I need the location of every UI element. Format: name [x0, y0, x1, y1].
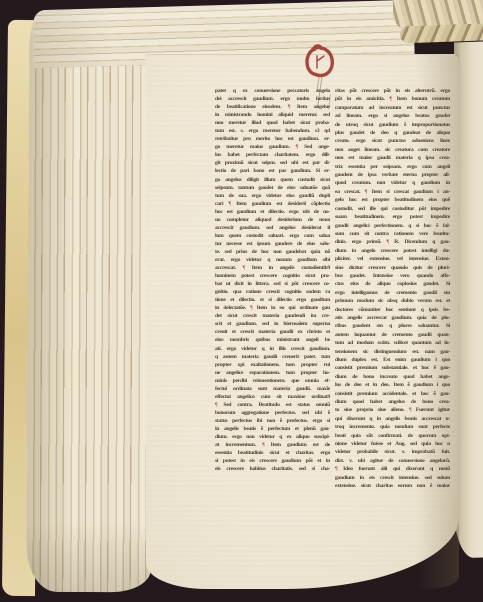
text-segment: seipsum. tantum gaudet de eius saluatōe …: [215, 185, 330, 191]
text-segment: creato. ergo sicut punctus adueniens lin…: [335, 138, 450, 144]
text-segment: suam beatitudinem. ergo potest impedire: [335, 214, 450, 220]
text-line: bus gaudet. Intensiue vero quando affe-: [335, 272, 450, 280]
text-segment: to siue proprio siue alieno.: [335, 407, 409, 413]
text-segment: gelo hoc est propter beatitudinem eius q…: [335, 197, 450, 203]
text-line: to siue proprio siue alieno. ¶ Fuerunt i…: [335, 406, 450, 414]
text-line: nione videtur fuisse et Aug. sed quia ho…: [335, 440, 450, 448]
text-line: erat. ergo videtur q nouum gaudium sibi: [215, 256, 330, 264]
text-segment: ergo intelligamus de cremento gaudii sm: [335, 290, 450, 296]
text-line: non auget lineam. sic creatura cum creat…: [335, 146, 450, 154]
text-segment: pliciter. vel extensiue. vel intensiue. …: [335, 256, 450, 262]
text-segment: de utroq sicut gaudium ē improportionatu…: [335, 122, 450, 128]
text-line: tum est. s. ergo meretur habendum. s3 qd: [215, 127, 330, 135]
text-segment: extensiue. sicut charitas eorum non ē ma…: [335, 483, 450, 489]
text-segment: at incrementum.: [215, 442, 262, 448]
text-segment: uo completur aliquod desiderium de nouo: [215, 217, 330, 223]
text-segment: gaudium in eis crescit intensiue. sed so…: [335, 475, 450, 481]
text-segment: sum cum sit contra rationem vere beatitu…: [335, 231, 450, 237]
text-line: gelo hoc est propter beatitudinem eius q…: [335, 196, 450, 204]
text-line: dist. v. ubi agitur de conuersione angel…: [335, 457, 450, 465]
text-line: sum cum sit contra rationem vere beatitu…: [335, 230, 450, 238]
text-line: gaudii angelici perfectionem. q si hoc ē…: [335, 222, 450, 230]
text-segment: in delectatōe.: [215, 305, 250, 311]
text-segment: qui dixerunt q in angelis beatis accresc…: [335, 416, 450, 422]
text-line: ctus eius de aliquo copiosius gaudet. Si: [335, 280, 450, 288]
pilcrow-mark: ¶: [389, 96, 391, 102]
text-line: q autem materia gaudii creuerit patet. t…: [215, 353, 330, 361]
text-segment: doctores cōmuniter hoc sentiunt q ipsis …: [335, 307, 450, 313]
text-line: tur necesse est ipsum gaudere de eius sa…: [215, 240, 330, 248]
text-line: dium. ergo non videtur q ex aliquo susci…: [215, 433, 330, 441]
pilcrow-mark: ¶: [387, 239, 389, 245]
text-line: in delectatōe. ¶ Item in eo qui ordinate…: [215, 304, 330, 312]
text-segment: Item angelus: [290, 104, 330, 110]
text-segment: ctus eius de aliquo copiosius gaudet. Si: [335, 281, 450, 287]
text-segment: lus de deo et in deo. Item ē gaudium i q…: [335, 382, 450, 388]
text-line: fectui ordinata sunt materia gaudii. max…: [215, 385, 330, 393]
text-column-right: ritas pōt crescere pōt in eis alterutrū.…: [335, 87, 450, 491]
text-line: ea crescat. ¶ Item si crescat gaudium i …: [335, 188, 450, 196]
text-segment: eis crescere habitus charitatis. sed si …: [215, 466, 330, 472]
text-line: lum quem custodit saluari. ergo cum salu…: [215, 232, 330, 240]
text-line: pōt in eis amicitia. ¶ Item bonum creatu…: [335, 95, 450, 103]
text-segment: in angelis beatis ē perfectum et plenū g…: [215, 426, 330, 432]
text-line: ad lineam. ergo si angelus beatus gaudet: [335, 112, 450, 120]
pilcrow-mark: ¶: [243, 265, 245, 271]
text-segment: lum quem custodit saluari. ergo cum salu…: [215, 233, 330, 239]
text-segment: lus habet perfectam charitatem. ergo dil…: [215, 152, 330, 158]
text-line: dium in angelo crescere potest intelligi…: [335, 247, 450, 255]
text-segment: tum de sua. ergo videtur eius gaudiū dup…: [215, 193, 330, 199]
text-line: dei accrescit gaudium. ergo multo fortiu…: [215, 95, 330, 103]
pilcrow-mark: ¶: [296, 144, 298, 150]
pilcrow-mark: ¶: [409, 407, 411, 413]
text-line: ne angelice reparationem. tum propter ho…: [215, 369, 330, 377]
text-line: hominem potest crescere cognitio sicut p…: [215, 272, 330, 280]
text-segment: dium duplex est. Est enim gaudium i quo: [335, 357, 450, 363]
pilcrow-mark: ¶: [215, 402, 217, 408]
text-segment: Item gaudium est desiderii cōplectio: [231, 201, 330, 207]
text-segment: Item gaudium est de: [264, 442, 330, 448]
text-line: de beatificatione eiusdem. ¶ Item angelu…: [215, 103, 330, 111]
text-line: go meretur maius gaudium. ¶ Sed ange-: [215, 143, 330, 151]
text-segment: det sicut crescit materia gaudendi ita c…: [215, 313, 330, 319]
text-segment: status perfectus ibi non ē profectus. er…: [215, 418, 330, 424]
text-line: non meretur illud quod habet sicut proba…: [215, 119, 330, 127]
text-line: scit et gaudium. sed in hierusalem super…: [215, 320, 330, 328]
text-segment: tione et dilectio. et si dilectio ergo g…: [215, 297, 330, 303]
text-line: go angelus diligit illum quem custodit s…: [215, 176, 330, 184]
text-segment: dium de bono increato quod habet ange-: [335, 374, 450, 380]
text-segment: go meretur maius gaudium.: [215, 144, 296, 150]
text-segment: Ideo fuerunt alii qui dixerunt q nouū: [337, 466, 450, 472]
text-segment: custodit. sed ille qui custoditur pōt im…: [335, 206, 450, 212]
text-line: eis crescere habitus charitatis. sed si …: [215, 465, 330, 473]
text-line: extensiue. sicut charitas eorum non ē ma…: [335, 482, 450, 490]
text-line: minis perditi reinuentionem. que omnia e…: [215, 377, 330, 385]
text-segment: erat. ergo videtur q nouum gaudium sibi: [215, 257, 330, 263]
text-line: doctores cōmuniter hoc sentiunt q ipsis …: [335, 306, 450, 314]
text-segment: dist. v. ubi agitur de conuersione angel…: [335, 458, 450, 464]
text-line: tum de sua. ergo videtur eius gaudiū dup…: [215, 192, 330, 200]
text-line: creato. ergo sicut punctus adueniens lin…: [335, 137, 450, 145]
text-segment: dium quod habet angelus de bono crea-: [335, 399, 450, 405]
book-page: patet q ex conuersione peccatoris angelo…: [146, 54, 459, 589]
pilcrow-mark: ¶: [365, 189, 367, 195]
text-segment: q autem materia gaudii creuerit patet. t…: [215, 354, 330, 360]
text-segment: tur necesse est ipsum gaudere de eius sa…: [215, 241, 330, 247]
text-segment: ad lineam. ergo si angelus beatus gaudet: [335, 113, 450, 119]
text-line: dium de bono increato quod habet ange-: [335, 373, 450, 381]
text-segment: de beatificatione eiusdem.: [215, 104, 288, 110]
text-line: custodit. sed ille qui custoditur pōt im…: [335, 205, 450, 213]
text-line: consistit premium substantiale. et hoc ē…: [335, 364, 450, 372]
text-line: tione et dilectio. et si dilectio ergo g…: [215, 296, 330, 304]
text-segment: tensionem sic distinguendum est. nam gau…: [335, 349, 450, 355]
text-segment: Sed ange-: [298, 144, 330, 150]
text-segment: gnitio. qua ratione crescit cognitio ead…: [215, 289, 330, 295]
text-segment: scit et gaudium. sed in hierusalem super…: [215, 321, 330, 327]
text-line: hoc est gaudium et dilectio. ergo ubi de…: [215, 208, 330, 216]
text-line: ati. ergo videtur q in illis crescit gau…: [215, 345, 330, 353]
text-line: comparatum ad increatum est sicut punctu…: [335, 104, 450, 112]
text-line: quod creatum. non videtur q gaudium in: [335, 179, 450, 187]
text-line: ergo intelligamus de cremento gaudii sm: [335, 289, 450, 297]
text-segment: Item in eo qui ordinate gau: [252, 305, 330, 311]
text-segment: Item in angelis custodientib9: [245, 265, 330, 271]
text-line: videtur probabile sicut. s. improbatū fu…: [335, 448, 450, 456]
text-segment: lectio de pari bono est par gaudium. Si …: [215, 168, 330, 174]
text-segment: non meretur illud quod habet sicut proba…: [215, 120, 330, 126]
text-line: tensionem sic distinguendum est. nam gau…: [335, 348, 450, 356]
text-segment: gaudii angelici perfectionem. q si hoc ē…: [335, 223, 450, 229]
text-line: qui dixerunt q in angelis beatis accresc…: [335, 415, 450, 423]
text-segment: bat ut dicit in littera. sed si pōt cres…: [215, 281, 330, 287]
text-segment: trix essentia per seipsam. ergo cum ange…: [335, 164, 450, 170]
text-segment: te. sed prius de hoc non gaudebat quia n…: [215, 249, 330, 255]
text-segment: tum ad modum scdm. scilicet quantum ad i…: [335, 340, 450, 346]
text-line: essentia beatitudinis sicut et charitas.…: [215, 449, 330, 457]
text-line: status perfectus ibi non ē profectus. er…: [215, 417, 330, 425]
text-segment: propter xpi exaltationem. tum propter ru…: [215, 362, 330, 368]
text-line: uo completur aliquod desiderium de nouo: [215, 216, 330, 224]
text-segment: videtur probabile sicut. s. improbatū fu…: [335, 449, 450, 455]
text-segment: Item bonum creatum: [392, 96, 450, 102]
text-segment: bonorum aggregatione perfectus. sed ubi …: [215, 410, 330, 416]
text-segment: quod creatum. non videtur q gaudium in: [335, 180, 450, 186]
text-line: patet q ex conuersione peccatoris angelo: [215, 87, 330, 95]
text-segment: git proximū sicut seipm. sed ubi est par…: [215, 160, 330, 166]
text-line: gnitio. qua ratione crescit cognitio ead…: [215, 288, 330, 296]
text-segment: dium in angelo crescere potest intelligi…: [335, 248, 450, 254]
text-segment: consistit premium accidentale. et hoc ē …: [335, 391, 450, 397]
text-segment: non est maior gaudii materia q ipsa crea…: [335, 155, 450, 161]
text-line: suam beatitudinem. ergo potest impedire: [335, 213, 450, 221]
text-segment: effectui angelico cum sit maxime ordinat…: [215, 394, 330, 400]
text-segment: primum modum sic absq dubio verum est. e…: [335, 298, 450, 304]
text-line: tum ad modum scdm. scilicet quantum ad i…: [335, 339, 450, 347]
text-line: bat ut dicit in littera. sed si pōt cres…: [215, 280, 330, 288]
pilcrow-mark: ¶: [288, 104, 290, 110]
text-segment: ea crescat.: [335, 189, 365, 195]
text-segment: troq incremento. quia nondum sunt perfec…: [335, 424, 450, 430]
text-line: in ministrando homini aliquid meretur. s…: [215, 111, 330, 119]
text-segment: bus gaudet. Intensiue vero quando affe-: [335, 273, 450, 279]
text-line: eius membris quibus ministrant angeli be: [215, 336, 330, 344]
text-line: in angelis beatis ē perfectum et plenū g…: [215, 425, 330, 433]
text-segment: patet q ex conuersione peccatoris angelo: [215, 88, 330, 94]
text-segment: dium. ergo non videtur q ex aliquo susci…: [215, 434, 330, 440]
text-line: plus gaudet de deo q gaudeat de aliquo: [335, 129, 450, 137]
text-segment: accrescit gaudium. sed angelus desiderat…: [215, 225, 330, 231]
pilcrow-mark: ¶: [262, 442, 264, 448]
text-segment: hominem potest crescere cognitio sicut p…: [215, 273, 330, 279]
text-segment: consistit premium substantiale. et hoc ē…: [335, 365, 450, 371]
text-segment: comparatum ad increatum est sicut punctu…: [335, 105, 450, 111]
text-segment: go angelus diligit illum quem custodit s…: [215, 177, 330, 183]
headband-braid: [400, 24, 483, 44]
text-column-left: patet q ex conuersione peccatoris angelo…: [215, 87, 330, 491]
text-line: consistit premium accidentale. et hoc ē …: [335, 390, 450, 398]
text-line: autem loquamur de cremento gaudii quan-: [335, 331, 450, 339]
text-line: det sicut crescit materia gaudendi ita c…: [215, 312, 330, 320]
text-segment: cari: [215, 201, 229, 207]
text-line: ritas pōt crescere pōt in eis alterutrū.…: [335, 87, 450, 95]
text-segment: in ministrando homini aliquid meretur. s…: [215, 112, 330, 118]
text-line: primum modum sic absq dubio verum est. e…: [335, 297, 450, 305]
text-line: gaudent de ipsa veritate eterna propter …: [335, 171, 450, 179]
text-segment: beati quia sūt confirmati. de quorum opi…: [335, 433, 450, 439]
text-segment: eius membris quibus ministrant angeli be: [215, 337, 330, 343]
text-line: cari ¶ Item gaudium est desiderii cōplec…: [215, 200, 330, 208]
text-segment: autem loquamur de cremento gaudii quan-: [335, 332, 450, 338]
text-segment: pōt in eis amicitia.: [335, 96, 389, 102]
text-line: accrescat. ¶ Item in angelis custodienti…: [215, 264, 330, 272]
text-segment: dinis. ergo primū.: [335, 239, 387, 245]
text-line: creuit et crescit materia gaudii ex chri…: [215, 328, 330, 336]
text-segment: nione videtur fuisse et Aug. sed quia ho…: [335, 441, 450, 447]
pencil-smudge: [317, 92, 331, 110]
text-line: effectui angelico cum sit maxime ordinat…: [215, 393, 330, 401]
text-line: seipsum. tantum gaudet de eius saluatōe …: [215, 184, 330, 192]
text-line: non est maior gaudii materia q ipsa crea…: [335, 154, 450, 162]
text-line: at incrementum. ¶ Item gaudium est de: [215, 441, 330, 449]
text-line: dium duplex est. Est enim gaudium i quo: [335, 356, 450, 364]
text-segment: si potest in eis crescere gaudium pōt et…: [215, 458, 330, 464]
text-segment: atis angelis accrescat gaudium. quia de …: [335, 315, 450, 321]
text-segment: hoc est gaudium et dilectio. ergo ubi de…: [215, 209, 330, 215]
text-line: dinis. ergo primū. ¶ R. Dicendum q gau-: [335, 238, 450, 246]
text-segment: Fuerunt igitur: [411, 407, 450, 413]
text-segment: tum est. s. ergo meretur habendum. s3 qd: [215, 128, 330, 134]
text-line: ¶ Sed contra. Beatitudo est status omniū: [215, 401, 330, 409]
text-line: pliciter. vel extensiue. vel intensiue. …: [335, 255, 450, 263]
text-line: de utroq sicut gaudium ē improportionatu…: [335, 121, 450, 129]
text-segment: ne angelice reparationem. tum propter ho…: [215, 370, 330, 376]
text-segment: siue dicitur crescere quando quis de plu…: [335, 265, 450, 271]
text-segment: plus gaudet de deo q gaudeat de aliquo: [335, 130, 450, 136]
text-line: accrescit gaudium. sed angelus desiderat…: [215, 224, 330, 232]
text-line: git proximū sicut seipm. sed ubi est par…: [215, 159, 330, 167]
text-line: si potest in eis crescere gaudium pōt et…: [215, 457, 330, 465]
text-segment: Item si crescat gaudium i an-: [367, 189, 450, 195]
text-segment: Sed contra. Beatitudo est status omniū: [217, 402, 330, 408]
text-line: troq incremento. quia nondum sunt perfec…: [335, 423, 450, 431]
text-line: te. sed prius de hoc non gaudebat quia n…: [215, 248, 330, 256]
text-segment: creuit et crescit materia gaudii ex chri…: [215, 329, 330, 335]
text-segment: ritas pōt crescere pōt in eis alterutrū.…: [335, 88, 450, 94]
text-segment: ati. ergo videtur q in illis crescit gau…: [215, 346, 330, 352]
text-line: propter xpi exaltationem. tum propter ru…: [215, 361, 330, 369]
text-line: bonorum aggregatione perfectus. sed ubi …: [215, 409, 330, 417]
text-line: ribus gaudent sm q plures saluantur. Si: [335, 322, 450, 330]
text-line: beati quia sūt confirmati. de quorum opi…: [335, 432, 450, 440]
photo-of-open-book: patet q ex conuersione peccatoris angelo…: [0, 0, 483, 602]
pilcrow-mark: ¶: [335, 466, 337, 472]
text-line: lectio de pari bono est par gaudium. Si …: [215, 167, 330, 175]
text-segment: dei accrescit gaudium. ergo multo fortiu…: [215, 96, 330, 102]
text-segment: accrescat.: [215, 265, 243, 271]
text-line: lus habet perfectam charitatem. ergo dil…: [215, 151, 330, 159]
text-segment: retribuitur pro merito hoc est gaudium. …: [215, 136, 330, 142]
pilcrow-mark: ¶: [229, 201, 231, 207]
text-line: dium quod habet angelus de bono crea-: [335, 398, 450, 406]
text-line: trix essentia per seipsam. ergo cum ange…: [335, 163, 450, 171]
text-line: gaudium in eis crescit intensiue. sed so…: [335, 474, 450, 482]
text-segment: minis perditi reinuentionem. que omnia e…: [215, 378, 330, 384]
pilcrow-mark: ¶: [250, 305, 252, 311]
text-segment: fectui ordinata sunt materia gaudii. max…: [215, 386, 330, 392]
text-line: ¶ Ideo fuerunt alii qui dixerunt q nouū: [335, 465, 450, 473]
leaf-fore-edges-stack: [26, 12, 153, 593]
text-line: atis angelis accrescat gaudium. quia de …: [335, 314, 450, 322]
text-block: patet q ex conuersione peccatoris angelo…: [215, 87, 450, 491]
rubric-initial-d-icon: [302, 43, 338, 95]
text-segment: R. Dicendum q gau-: [389, 239, 450, 245]
text-segment: non auget lineam. sic creatura cum creat…: [335, 147, 450, 153]
text-segment: gaudent de ipsa veritate eterna propter …: [335, 172, 450, 178]
text-segment: ribus gaudent sm q plures saluantur. Si: [335, 323, 450, 329]
text-segment: essentia beatitudinis sicut et charitas.…: [215, 450, 330, 456]
text-line: retribuitur pro merito hoc est gaudium. …: [215, 135, 330, 143]
text-line: lus de deo et in deo. Item ē gaudium i q…: [335, 381, 450, 389]
text-line: siue dicitur crescere quando quis de plu…: [335, 264, 450, 272]
